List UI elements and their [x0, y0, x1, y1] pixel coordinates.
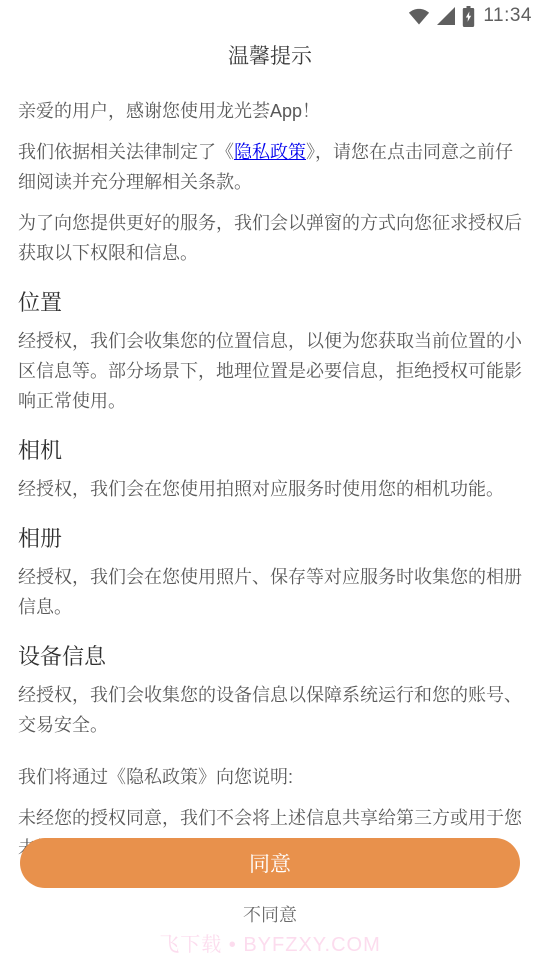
section-body-location: 经授权，我们会收集您的位置信息，以便为您获取当前位置的小区信息等。部分场景下，地… — [18, 326, 522, 416]
battery-charging-icon — [462, 6, 475, 27]
privacy-policy-link[interactable]: 隐私政策 — [234, 142, 306, 162]
purpose-paragraph: 为了向您提供更好的服务，我们会以弹窗的方式向您征求授权后获取以下权限和信息。 — [18, 208, 522, 268]
policy-paragraph-pre: 我们依据相关法律制定了《 — [18, 142, 234, 162]
section-title-album: 相册 — [18, 522, 522, 553]
section-body-device-info: 经授权，我们会收集您的设备信息以保障系统运行和您的账号、交易安全。 — [18, 680, 522, 740]
wifi-icon — [408, 7, 430, 25]
page-title: 温馨提示 — [0, 40, 540, 70]
section-body-album: 经授权，我们会在您使用照片、保存等对应服务时收集您的相册信息。 — [18, 562, 522, 622]
section-title-camera: 相机 — [18, 434, 522, 465]
section-title-location: 位置 — [18, 286, 522, 317]
section-body-camera: 经授权，我们会在您使用拍照对应服务时使用您的相机功能。 — [18, 474, 522, 504]
disagree-button[interactable]: 不同意 — [0, 901, 540, 927]
greeting-paragraph: 亲爱的用户，感谢您使用龙光荟App！ — [18, 96, 522, 126]
status-bar: 11:34 — [0, 0, 540, 30]
section-title-device-info: 设备信息 — [18, 640, 522, 671]
site-watermark: 飞下载 • BYFZXY.COM — [0, 928, 540, 957]
cellular-signal-icon — [436, 7, 456, 25]
agree-button[interactable]: 同意 — [20, 838, 520, 888]
closing-explain-paragraph: 我们将通过《隐私政策》向您说明: — [18, 762, 522, 792]
privacy-notice-body: 亲爱的用户，感谢您使用龙光荟App！ 我们依据相关法律制定了《隐私政策》，请您在… — [0, 70, 540, 863]
status-clock: 11:34 — [483, 5, 532, 27]
policy-paragraph: 我们依据相关法律制定了《隐私政策》，请您在点击同意之前仔细阅读并充分理解相关条款… — [18, 137, 522, 197]
